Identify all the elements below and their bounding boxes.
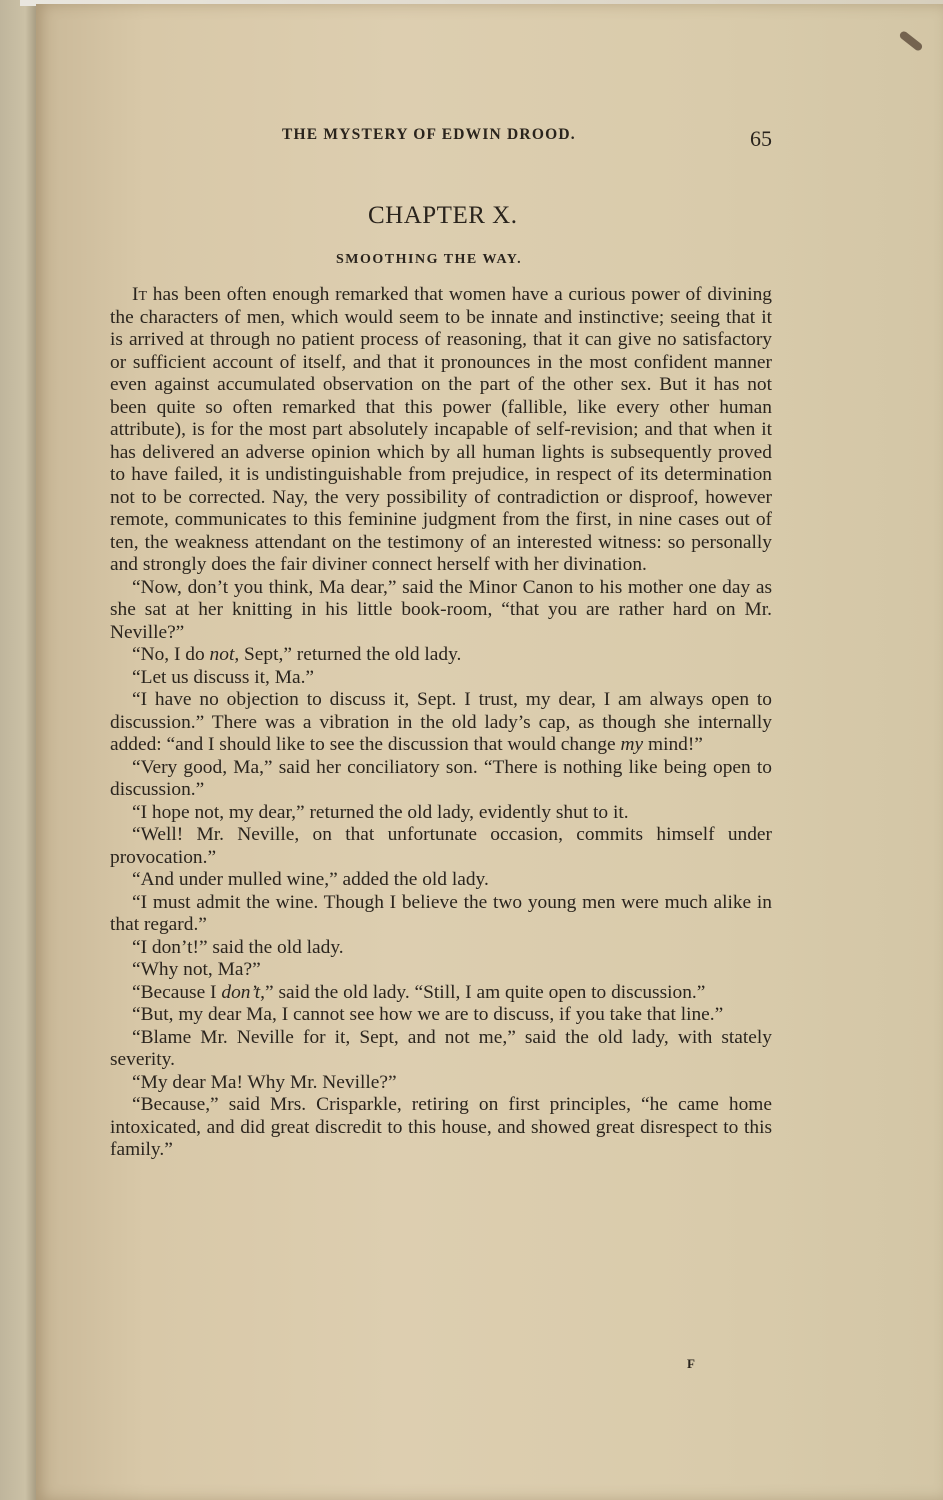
paragraph: “I don’t!” said the old lady. (110, 937, 772, 960)
paragraph: “I must admit the wine. Though I believe… (110, 892, 772, 937)
paragraph: “Well! Mr. Neville, on that unfortunate … (110, 824, 772, 869)
paragraph: “Let us discuss it, Ma.” (110, 667, 772, 690)
chapter-subtitle: SMOOTHING THE WAY. (336, 252, 522, 268)
paragraph: “And under mulled wine,” added the old l… (110, 869, 772, 892)
chapter-body: It has been often enough remarked that w… (110, 284, 772, 1162)
paragraph: “I have no objection to discuss it, Sept… (110, 689, 772, 757)
paragraph: “Because I don’t,” said the old lady. “S… (110, 982, 772, 1005)
paragraph: “No, I do not, Sept,” returned the old l… (110, 644, 772, 667)
paragraph: “My dear Ma! Why Mr. Neville?” (110, 1072, 772, 1095)
page-number: 65 (750, 126, 772, 152)
paragraph: “Because,” said Mrs. Crisparkle, retirin… (110, 1094, 772, 1162)
paragraph: “I hope not, my dear,” returned the old … (110, 802, 772, 825)
paragraph: “But, my dear Ma, I cannot see how we ar… (110, 1004, 772, 1027)
signature-mark: F (687, 1356, 695, 1372)
book-gutter (0, 0, 36, 1500)
paragraph: “Now, don’t you think, Ma dear,” said th… (110, 577, 772, 645)
paragraph: It has been often enough remarked that w… (110, 284, 772, 577)
paragraph: “Very good, Ma,” said her conciliatory s… (110, 757, 772, 802)
paragraph: “Blame Mr. Neville for it, Sept, and not… (110, 1027, 772, 1072)
drop-lead: It (132, 284, 147, 305)
running-head: THE MYSTERY OF EDWIN DROOD. (282, 126, 576, 144)
paragraph: “Why not, Ma?” (110, 959, 772, 982)
chapter-title: CHAPTER X. (368, 202, 517, 230)
